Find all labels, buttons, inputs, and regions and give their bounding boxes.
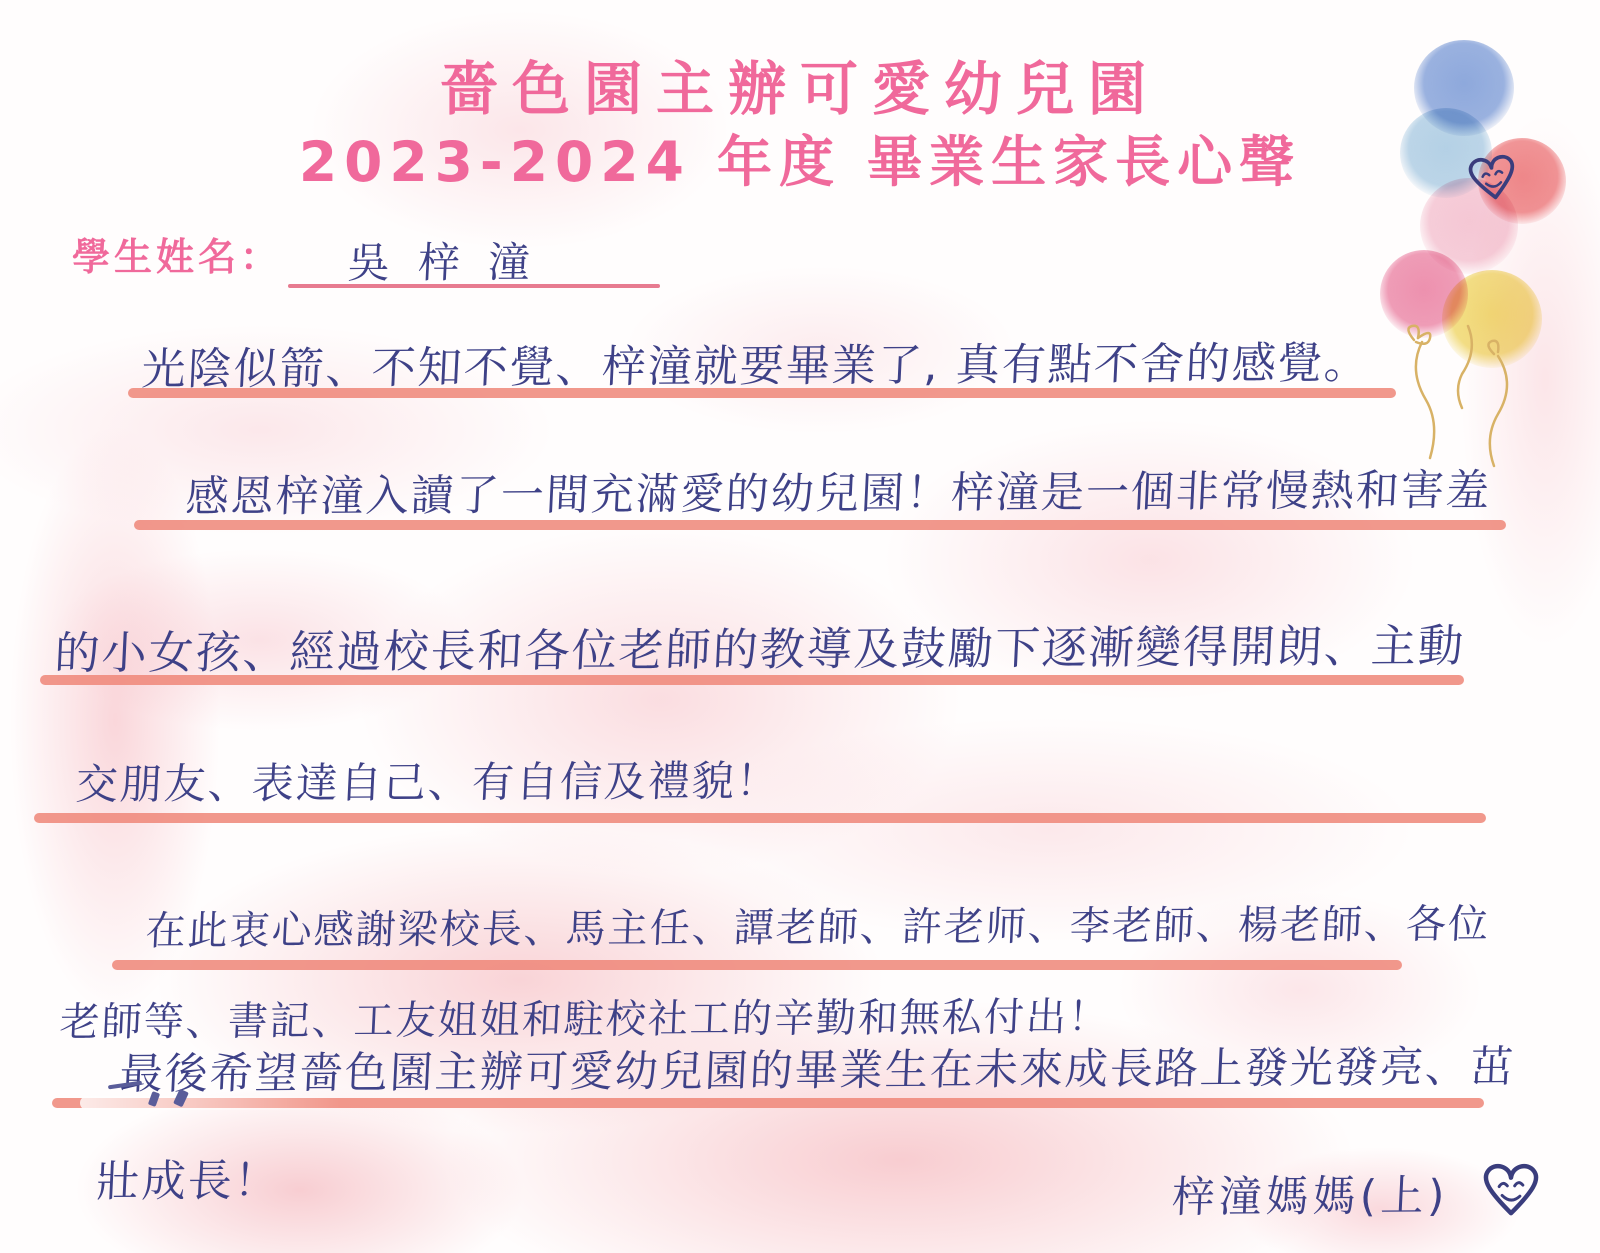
- handwritten-line-5: 在此衷心感謝梁校長、馬主任、譚老師、許老师、李老師、楊老師、各位: [144, 892, 1491, 956]
- ruled-line-4: [34, 813, 1486, 823]
- student-name-label: 學生姓名：: [72, 226, 282, 281]
- scanned-parent-message-form: 嗇色園主辦可愛幼兒園 2023-2024 年度 畢業生家長心聲 學生姓名： 吳梓…: [0, 0, 1600, 1253]
- handwritten-line-2: 感恩梓潼入讀了一間充滿愛的幼兒園！梓潼是一個非常慢熱和害羞: [184, 457, 1492, 525]
- parent-signature: 梓潼媽媽(上): [1171, 1162, 1451, 1224]
- form-title-line2: 2023-2024 年度 畢業生家長心聲: [0, 118, 1600, 197]
- balloon-strings-icon: [1360, 320, 1600, 470]
- student-name-handwritten: 吳梓潼: [347, 229, 560, 290]
- handwritten-line-3: 的小女孩、經過校長和各位老師的教導及鼓勵下逐漸變得開朗、主動: [53, 609, 1466, 681]
- handwritten-line-7: 最後希望嗇色園主辦可愛幼兒園的畢業生在未來成長路上發光發亮、茁: [118, 1033, 1516, 1101]
- heart-smiley-doodle-icon: [1458, 142, 1529, 216]
- handwritten-line-1: 光陰似箭、不知不覺、梓潼就要畢業了, 真有點不舍的感覺。: [140, 327, 1371, 397]
- student-name-underline: [288, 284, 660, 288]
- handwritten-line-8: 壯成長！: [94, 1145, 281, 1210]
- form-title-line1: 嗇色園主辦可愛幼兒園: [0, 42, 1600, 126]
- ruled-line-5: [112, 960, 1402, 970]
- heart-smiley-doodle-icon: [1474, 1152, 1548, 1230]
- handwritten-line-4: 交朋友、表達自己、有自信及禮貌！: [74, 748, 781, 812]
